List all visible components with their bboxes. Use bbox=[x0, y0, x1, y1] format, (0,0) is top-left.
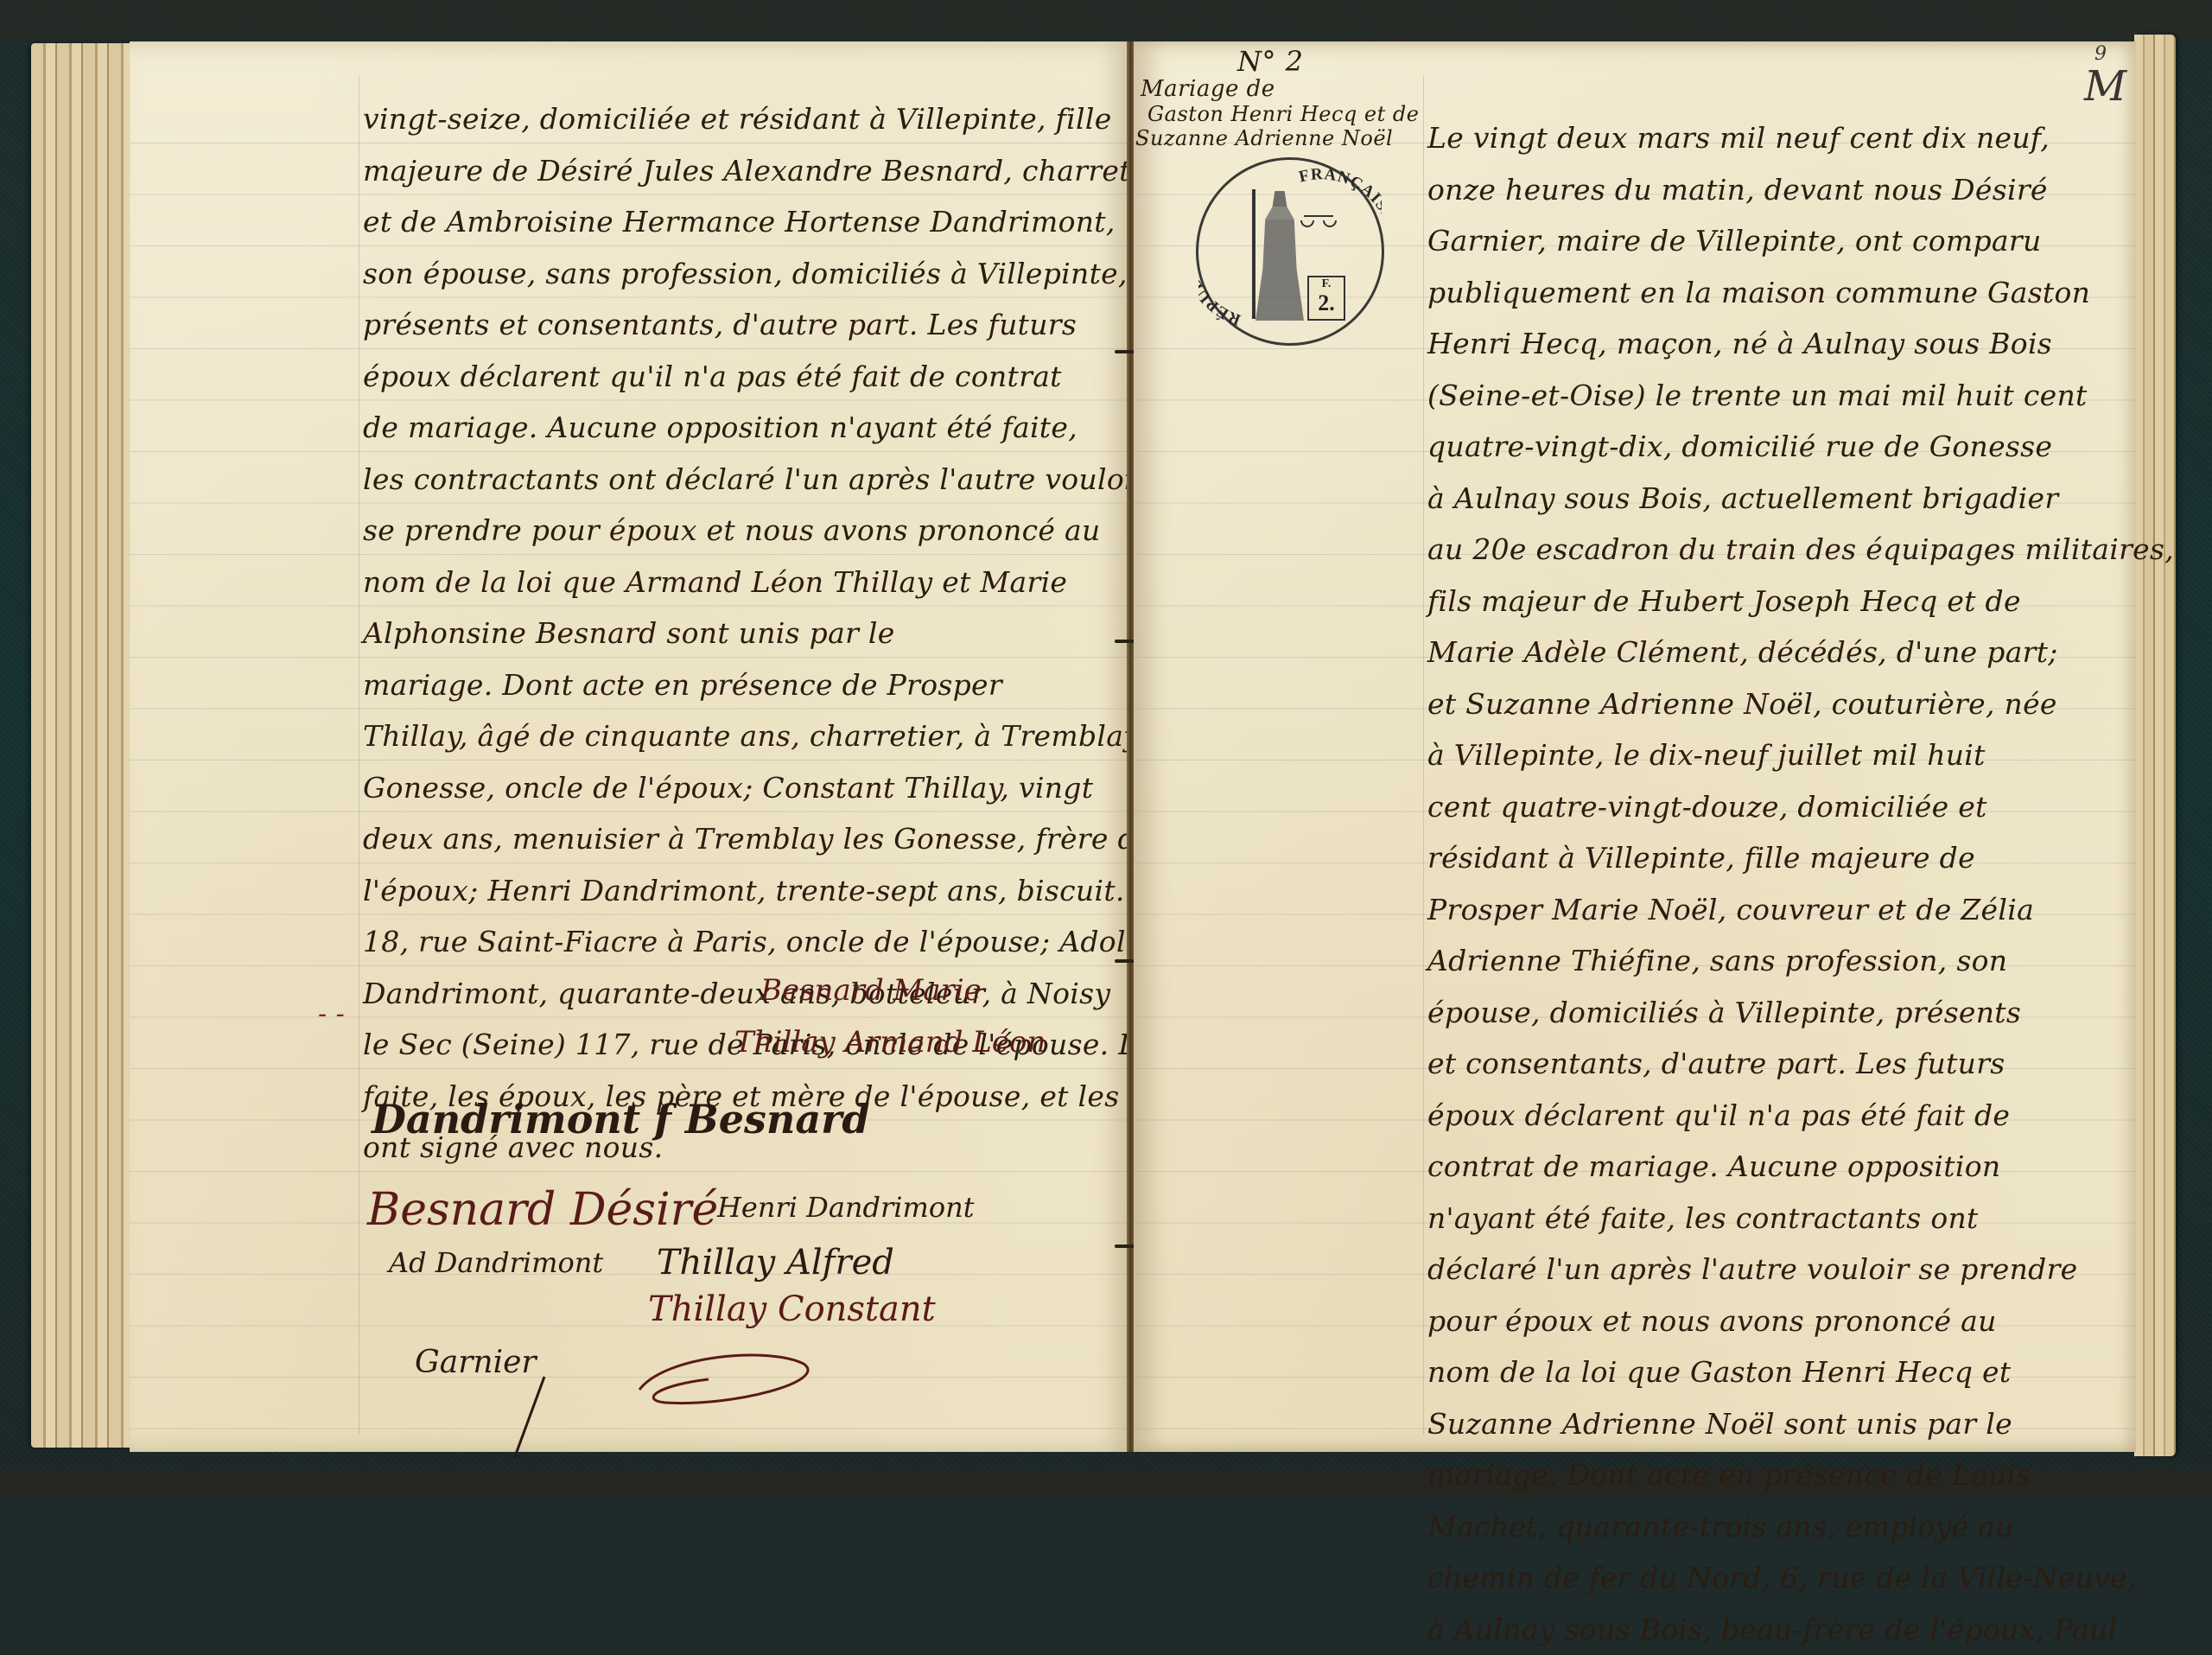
text-line: Prosper Marie Noël, couvreur et de Zélia bbox=[1427, 884, 2110, 936]
signature: Thillay Armand Léon bbox=[734, 1025, 1046, 1060]
text-line: résidant à Villepinte, fille majeure de bbox=[1427, 832, 2110, 884]
text-line: Marie Adèle Clément, décédés, d'une part… bbox=[1427, 627, 2110, 678]
signature: Henri Dandrimont bbox=[717, 1191, 975, 1224]
text-line: publiquement en la maison commune Gaston bbox=[1427, 267, 2110, 319]
right-page-text: Le vingt deux mars mil neuf cent dix neu… bbox=[1427, 112, 2110, 1499]
text-line: épouse, domiciliés à Villepinte, présent… bbox=[1427, 987, 2110, 1039]
text-line: et Suzanne Adrienne Noël, couturière, né… bbox=[1427, 678, 2110, 730]
stamp-staff-icon bbox=[1252, 189, 1255, 319]
text-line: à Aulnay sous Bois, actuellement brigadi… bbox=[1427, 473, 2110, 525]
text-line: Adrienne Thiéfine, sans profession, son bbox=[1427, 935, 2110, 987]
text-line: Garnier, maire de Villepinte, ont compar… bbox=[1427, 215, 2110, 267]
margin-note-line: Suzanne Adrienne Noël bbox=[1135, 126, 1393, 150]
pencil-mark: M bbox=[2084, 62, 2126, 111]
margin-rule bbox=[1423, 76, 1424, 1435]
stamp-legend-left: RÉPUBLIQUE bbox=[1198, 217, 1243, 328]
signature-flourish-icon bbox=[631, 1338, 838, 1416]
text-line: à Villepinte, le dix-neuf juillet mil hu… bbox=[1427, 729, 2110, 781]
signature: Dandrimont f Besnard bbox=[372, 1096, 870, 1143]
text-line: (Seine-et-Oise) le trente un mai mil hui… bbox=[1427, 370, 2110, 422]
cover-top-edge bbox=[0, 0, 2212, 41]
denomination-unit: F. bbox=[1309, 277, 1344, 291]
text-line: nom de la loi que Gaston Henri Hecq et bbox=[1427, 1346, 2110, 1398]
margin-mark: - - bbox=[318, 999, 345, 1029]
signature: Ad Dandrimont bbox=[389, 1246, 603, 1279]
margin-rule bbox=[359, 76, 359, 1435]
stamp-denomination: F. 2. bbox=[1307, 276, 1345, 321]
margin-note-line: Mariage de bbox=[1141, 76, 1275, 102]
denomination-value: 2. bbox=[1309, 291, 1344, 315]
signature: Besnard Désiré bbox=[367, 1184, 718, 1236]
fiscal-stamp: RÉPUBLIQUE FRANÇAISE F. 2. bbox=[1196, 157, 1384, 346]
scales-icon bbox=[1304, 215, 1333, 217]
text-line: Henri Hecq, maçon, né à Aulnay sous Bois bbox=[1427, 318, 2110, 370]
text-line: cent quatre-vingt-douze, domiciliée et bbox=[1427, 781, 2110, 833]
text-line: n'ayant été faite, les contractants ont bbox=[1427, 1193, 2110, 1244]
text-line: et consentants, d'autre part. Les futurs bbox=[1427, 1038, 2110, 1090]
svg-text:RÉPUBLIQUE: RÉPUBLIQUE bbox=[1198, 217, 1243, 328]
left-page-stack bbox=[31, 43, 135, 1448]
text-line: fils majeur de Hubert Joseph Hecq et de bbox=[1427, 576, 2110, 627]
margin-note-line: Gaston Henri Hecq et de bbox=[1147, 102, 1419, 126]
text-line: onze heures du matin, devant nous Désiré bbox=[1427, 164, 2110, 216]
text-line: mariage. Dont acte en présence de Louis bbox=[1427, 1449, 2110, 1499]
text-line: contrat de mariage. Aucune opposition bbox=[1427, 1141, 2110, 1193]
text-line: Le vingt deux mars mil neuf cent dix neu… bbox=[1427, 112, 2110, 164]
text-line: pour époux et nous avons prononcé au bbox=[1427, 1295, 2110, 1347]
signature: Besnard Marie bbox=[760, 973, 982, 1008]
right-page-stack bbox=[2134, 35, 2176, 1456]
text-line: quatre-vingt-dix, domicilié rue de Gones… bbox=[1427, 421, 2110, 473]
signature: Thillay Constant bbox=[648, 1289, 936, 1329]
text-line: au 20e escadron du train des équipages m… bbox=[1427, 524, 2110, 576]
signature-tail-icon bbox=[501, 1372, 553, 1467]
text-line: époux déclarent qu'il n'a pas été fait d… bbox=[1427, 1090, 2110, 1142]
text-line: déclaré l'un après l'autre vouloir se pr… bbox=[1427, 1244, 2110, 1295]
signature: Thillay Alfred bbox=[657, 1243, 894, 1283]
act-number: N° 2 bbox=[1237, 45, 1304, 78]
left-page: vingt-seize, domiciliée et résidant à Vi… bbox=[130, 41, 1132, 1452]
text-line: Suzanne Adrienne Noël sont unis par le bbox=[1427, 1398, 2110, 1450]
